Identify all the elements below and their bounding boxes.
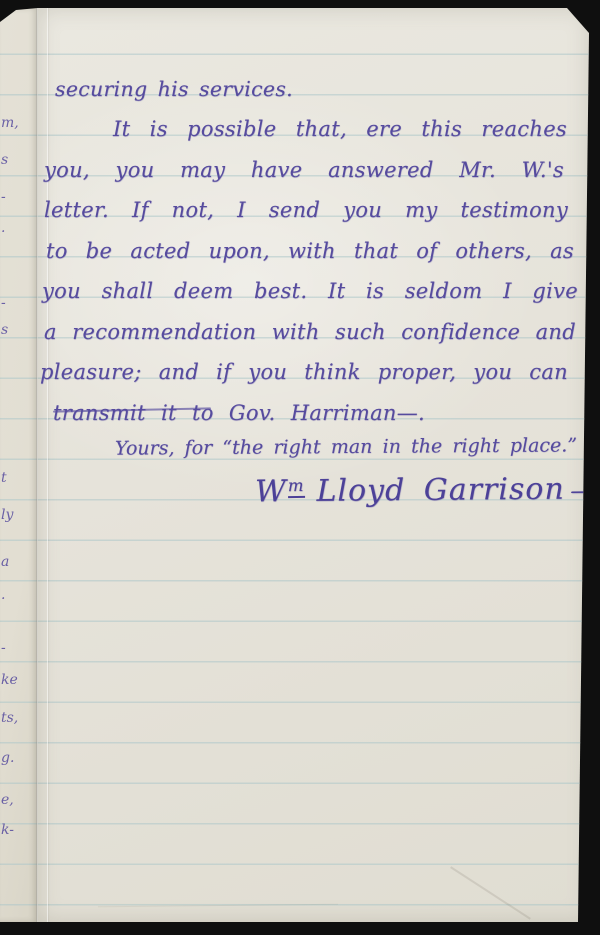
paper-crease <box>98 904 338 908</box>
handwriting-line: transmit it to Gov. Harriman—. <box>53 396 425 430</box>
margin-ink-fragment: ts, <box>1 710 18 726</box>
margin-ink-fragment: e, <box>1 792 14 808</box>
photo-backdrop: m, s - . - s t ly a . - ke ts, g. e, k- … <box>0 0 600 935</box>
margin-ink-fragment: m, <box>1 115 19 131</box>
margin-ink-fragment: t <box>1 470 7 486</box>
handwriting-line: you, you may have answered Mr. W.'s <box>44 153 564 187</box>
margin-ink-fragment: g. <box>1 750 14 766</box>
handwriting-line: pleasure; and if you think proper, you c… <box>40 355 568 389</box>
handwriting-line: to be acted upon, with that of others, a… <box>46 234 574 268</box>
signature-flourish: —. <box>569 468 600 513</box>
margin-ink-fragment: s <box>1 152 8 168</box>
handwriting-line: It is possible that, ere this reaches <box>113 112 567 146</box>
handwriting-line: securing his services. <box>55 72 293 106</box>
signature-name: Lloyd Garrison <box>316 472 564 509</box>
handwriting-line: you shall deem best. It is seldom I give <box>42 274 578 308</box>
previous-page-edge: m, s - . - s t ly a . - ke ts, g. e, k- <box>0 8 38 922</box>
margin-ink-fragment: ly <box>1 507 13 523</box>
margin-ink-fragment: - <box>1 189 6 205</box>
paper-crease <box>450 866 531 919</box>
margin-ink-fragment: . <box>1 220 5 236</box>
handwriting-line: letter. If not, I send you my testimony <box>44 193 568 227</box>
signature-line: WmLloyd Garrison—. <box>255 462 567 516</box>
signature-initial: W <box>255 474 287 509</box>
margin-ink-fragment: - <box>1 640 6 656</box>
margin-ink-fragment: ke <box>1 672 18 688</box>
margin-ink-fragment: k- <box>1 822 14 838</box>
margin-ink-fragment: - <box>1 295 6 311</box>
margin-ink-fragment: a <box>1 554 9 570</box>
handwriting-line: a recommendation with such confidence an… <box>44 315 576 349</box>
margin-ink-fragment: . <box>1 587 5 603</box>
signature-superscript: m <box>288 476 305 498</box>
letter-page: securing his services. It is possible th… <box>38 8 589 922</box>
closing-line: Yours, for “the right man in the right p… <box>115 428 577 465</box>
margin-ink-fragment: s <box>1 322 8 338</box>
